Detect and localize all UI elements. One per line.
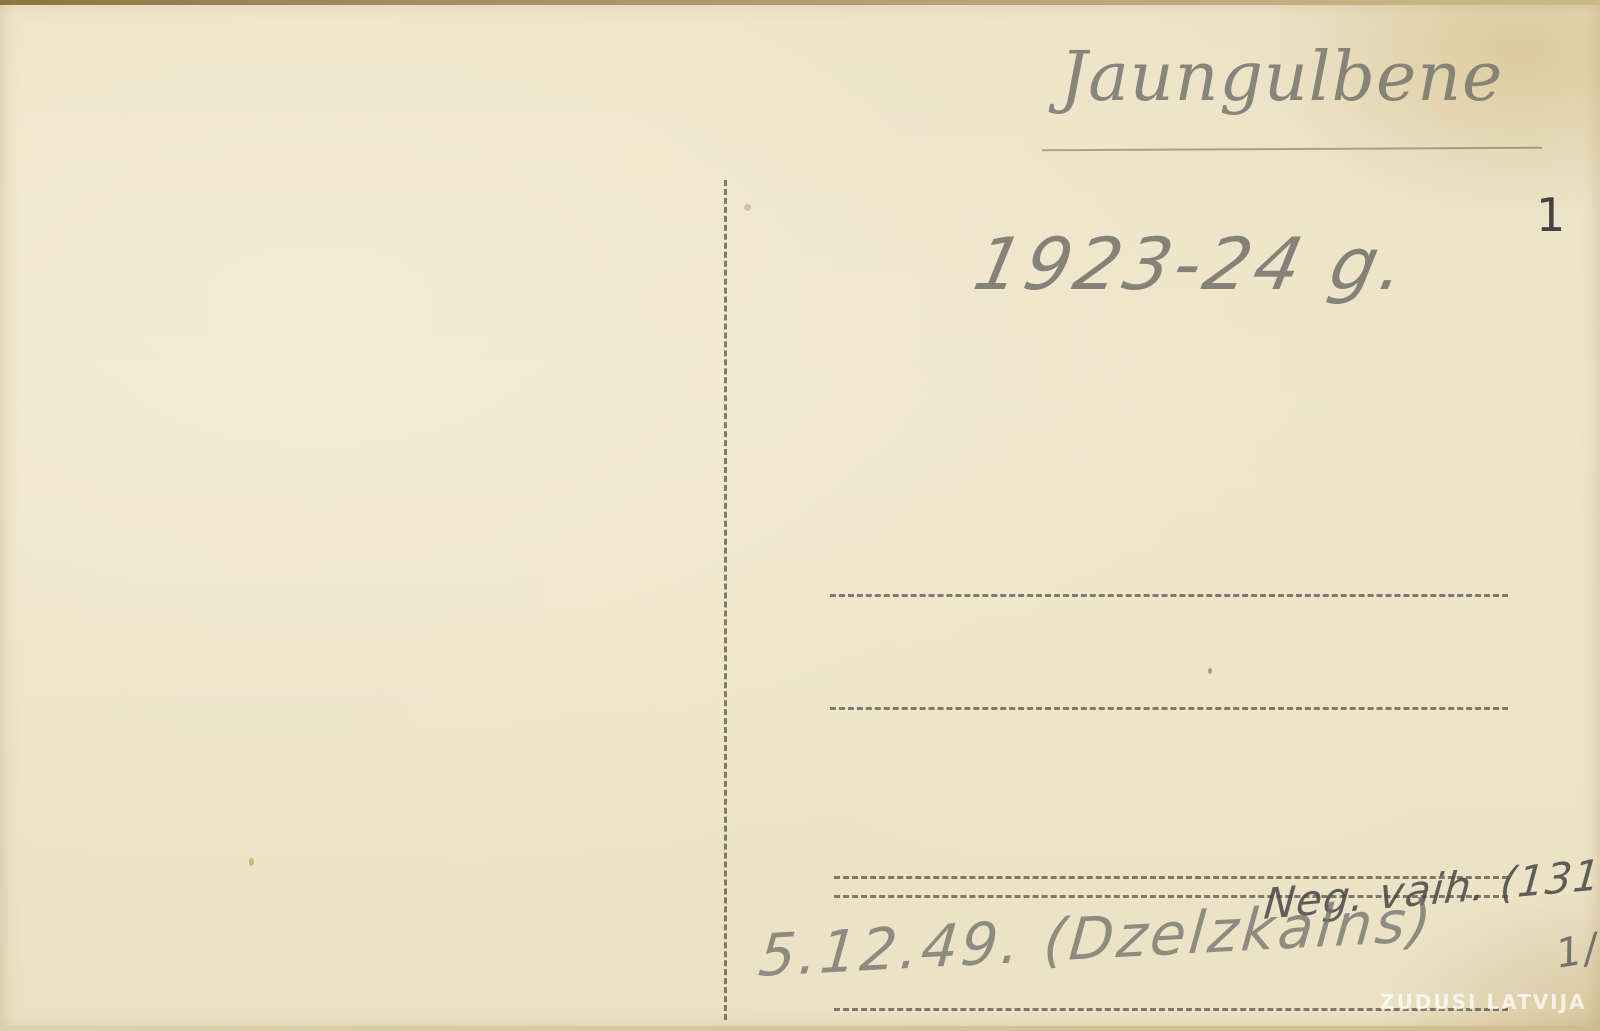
address-line-2 [830, 707, 1508, 710]
card-top-edge [0, 0, 1600, 5]
handwritten-date-range: 1923-24 g. [967, 222, 1417, 306]
place-name-underline [1042, 147, 1542, 152]
paper-speck [249, 858, 254, 866]
address-line-1 [830, 594, 1508, 597]
paper-speck [744, 204, 751, 211]
watermark: zudusi latvija [1380, 990, 1587, 1014]
paper-speck [1208, 668, 1212, 674]
center-divider [724, 180, 727, 1020]
handwritten-date-note: 5.12.49. (Dzelzkalns) [756, 886, 1437, 990]
handwritten-item-number: 1 [1536, 188, 1567, 242]
handwritten-page-fraction: 1/5 [1553, 920, 1600, 978]
postcard-back: Jaungulbene 1923-24 g. 1 Neg. vaih. (131… [0, 0, 1600, 1031]
card-bottom-edge [0, 1026, 1600, 1031]
handwritten-place-name: Jaungulbene [1060, 38, 1503, 117]
